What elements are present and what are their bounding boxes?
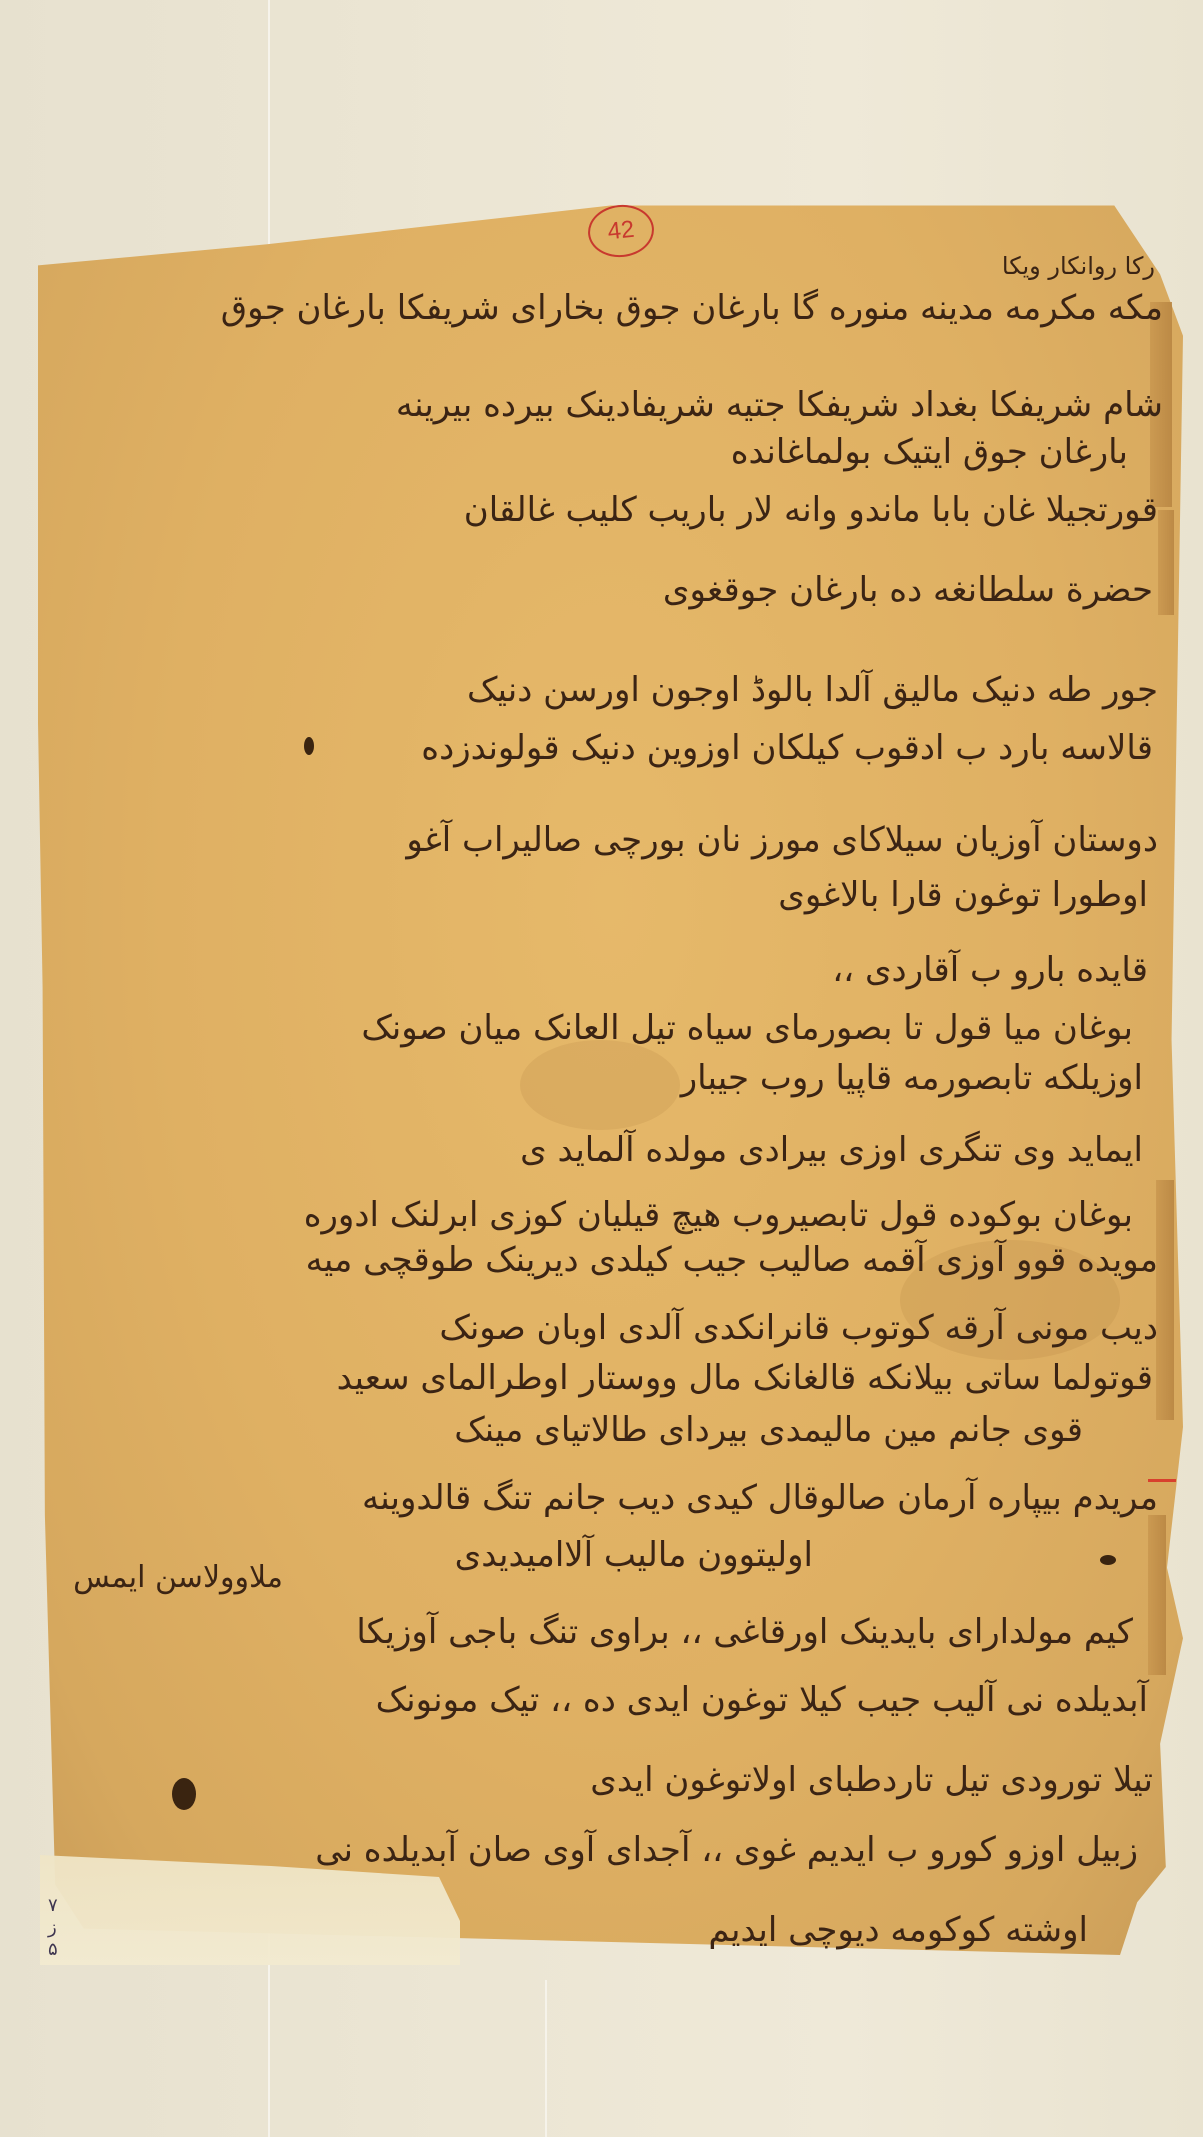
manuscript-line: قایده بارو ب آقاردی ،، — [832, 950, 1148, 990]
manuscript-line: کیم مولدارای بایدینک اورقاغی ،، براوی تن… — [356, 1612, 1133, 1652]
manuscript-line: آبدیلده نی آلیب جیب کیلا توغون ایدی ده ،… — [376, 1680, 1148, 1720]
manuscript-line: مریدم بیپاره آرمان صالوقال کیدی دیب جانم… — [362, 1478, 1158, 1518]
background-fold-line — [545, 1980, 547, 2137]
manuscript-line: دوستان آوزیان سیلاکای مورز نان بورچی صال… — [406, 820, 1158, 860]
manuscript-line: ایماید وی تنگری اوزی بیرادی مولده آلماید… — [520, 1130, 1143, 1170]
manuscript-line: اوشته کوکومه دیوچی ایدیم — [708, 1910, 1088, 1950]
paper-edge-repair-strip — [1158, 510, 1174, 615]
margin-mark: ۷ — [48, 1895, 58, 1917]
paper-edge-repair-strip — [1148, 1515, 1166, 1675]
paper-stain — [520, 1040, 680, 1130]
manuscript-line: بوغان بوکوده قول تابصیروب هیچ قیلیان کوز… — [304, 1195, 1133, 1235]
paper-edge-repair-strip — [1156, 1180, 1174, 1420]
manuscript-line: اوطورا توغون قارا بالاغوی — [778, 875, 1148, 915]
manuscript-line: رکا روانکار ویکا — [1002, 252, 1155, 280]
margin-annotations: ۷ ز ۵ — [48, 1895, 58, 1961]
manuscript-line: قوی جانم مین مالیمدی بیردای طالاتیای مین… — [454, 1410, 1083, 1450]
manuscript-line: اوزیلکه تابصورمه قاپیا روب جیبار — [681, 1058, 1143, 1098]
manuscript-line: قورتجیلا غان بابا ماندو وانه لار باریب ک… — [464, 490, 1158, 530]
manuscript-line: ملاوولاسن ایمس — [73, 1560, 283, 1595]
manuscript-line: اولیتوون مالیب آلاامیدیدی — [455, 1535, 813, 1575]
manuscript-line: شام شریفکا بغداد شریفکا جتیه شریفادینک ب… — [396, 385, 1163, 425]
manuscript-line: جور طه دنیک مالیق آلدا بالوڈ اوجون اورسن… — [467, 670, 1158, 710]
manuscript-line: دیب مونی آرقه کوتوب قانرانکدی آلدی اوبان… — [439, 1308, 1158, 1348]
ink-blot — [304, 737, 314, 755]
ink-blot — [1100, 1555, 1116, 1565]
manuscript-line: زبیل اوزو کورو ب ایدیم غوی ،، آجدای آوی … — [315, 1830, 1138, 1870]
manuscript-line: قالاسه بارد ب ادقوب کیلکان اوزوین دنیک ق… — [421, 728, 1153, 768]
margin-mark: ۵ — [48, 1939, 58, 1961]
manuscript-line: مکه مکرمه مدینه منوره گا بارغان جوق بخار… — [221, 288, 1163, 328]
margin-mark: ز — [48, 1917, 58, 1939]
ink-hole — [172, 1778, 196, 1810]
manuscript-line: بوغان میا قول تا بصورمای سیاه تیل العانک… — [361, 1008, 1133, 1048]
manuscript-line: مویده قوو آوزی آقمه صالیب جیب کیلدی دیری… — [306, 1240, 1158, 1280]
red-margin-mark — [1148, 1479, 1176, 1482]
manuscript-line: حضرة سلطانغه ده بارغان جوقغوی — [663, 570, 1153, 610]
manuscript-line: قوتولما ساتی بیلانکه قالغانک مال ووستار … — [337, 1358, 1153, 1398]
manuscript-line: بارغان جوق ایتیک بولماغانده — [731, 432, 1128, 472]
manuscript-line: تیلا تورودی تیل تاردطبای اولاتوغون ایدی — [590, 1760, 1153, 1800]
